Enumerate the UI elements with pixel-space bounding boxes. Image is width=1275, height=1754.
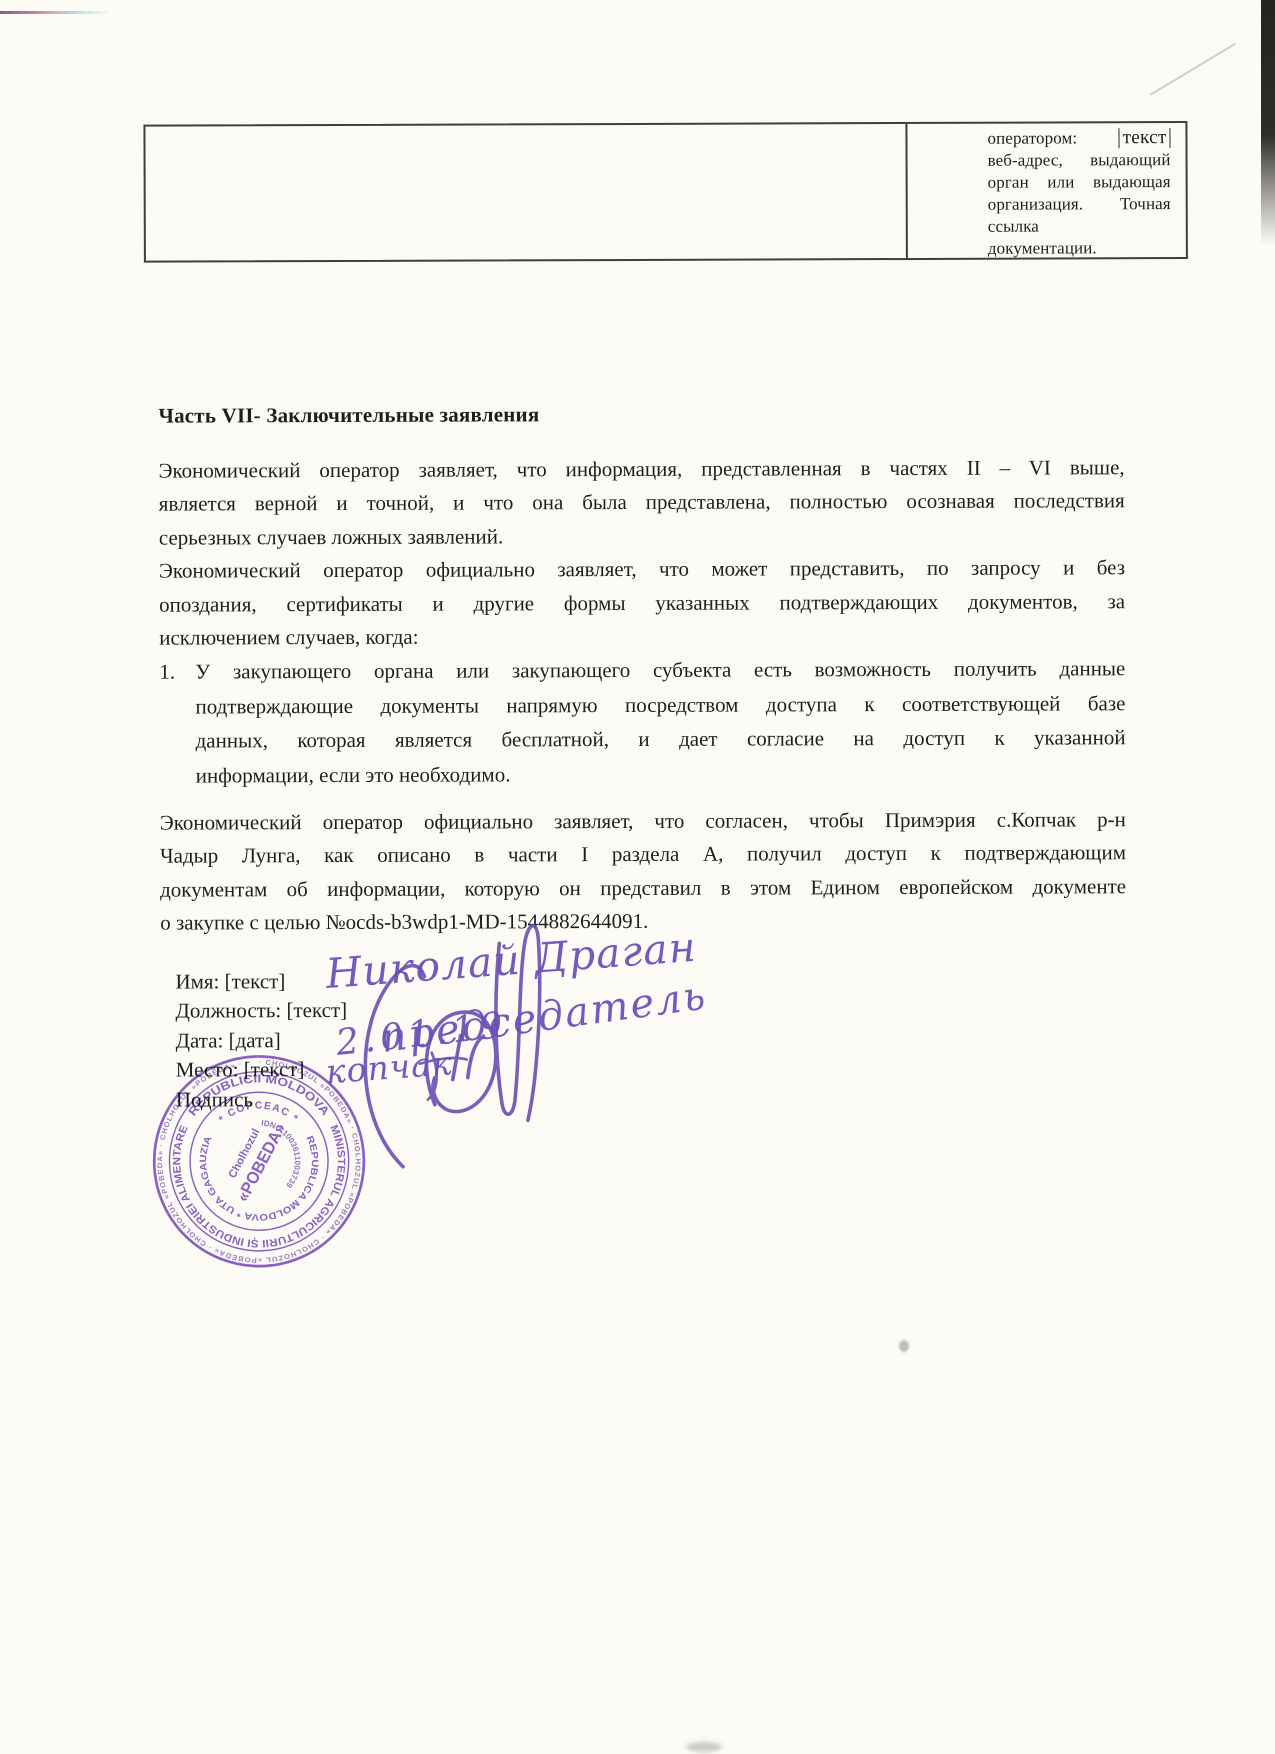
round-ink-stamp: · CHOLHOZUL «POBEDA» · CHOLHOZUL «POBEDA…	[141, 1049, 378, 1274]
scanned-document-page: оператором: текст веб-адрес, выдающийорг…	[0, 0, 1275, 1754]
signature-stroke	[496, 926, 541, 1121]
document-sheet: оператором: текст веб-адрес, выдающийорг…	[0, 0, 1275, 1754]
handwritten-signature	[0, 0, 1275, 1754]
stamp-inner-top-text: * COPCEAC *	[217, 1100, 300, 1125]
signature-stroke	[468, 1037, 482, 1077]
signature-stroke	[426, 1012, 496, 1112]
svg-text:* COPCEAC *: * COPCEAC *	[217, 1100, 300, 1125]
